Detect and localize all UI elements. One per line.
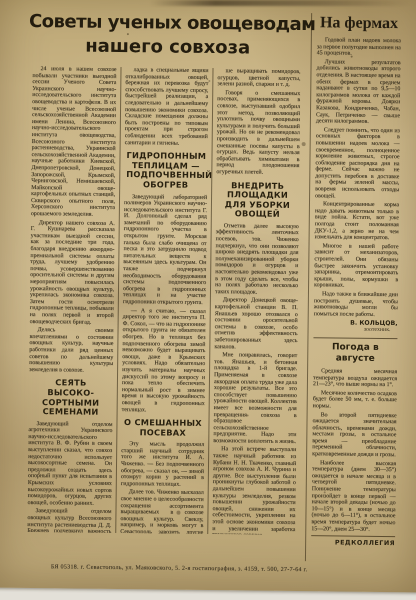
editorial-signature: РЕДКОЛЛЕГИЯ [311, 535, 395, 547]
paragraph: Далее тов. Чиженко высказал свое мнение … [120, 489, 204, 534]
paragraph: Средняя месячная температура воздуха ожи… [313, 368, 397, 389]
article-column-3: ше выращивать помидоров, огурцов, цветно… [207, 68, 304, 535]
paragraph: Эту мысль продолжил старший научный сотр… [121, 441, 205, 488]
paragraph: На этой встрече выступали также научный … [212, 447, 296, 536]
scan-edge-shadow [150, 0, 410, 6]
paragraph: 24 июля в нашем совхозе побывали участни… [31, 66, 117, 219]
paragraph: Мне понравилась, говорит тов. Янашьев, и… [213, 352, 297, 445]
article-columns: 24 июля в нашем совхозе побывали участни… [23, 66, 307, 535]
paragraph: Директор нашего совхоза А. Г. Кушнарева … [30, 220, 115, 326]
paragraph: Заведующий лабораторией полимеров Украин… [123, 194, 207, 307]
paragraph: Отметив далее высокую эффективность лент… [215, 223, 299, 296]
article-column-2: ладка в специальные ящики откалиброванны… [115, 67, 212, 534]
farms-title: На фермах [317, 13, 401, 33]
right-column: На фермах Годовой план надоев молока за … [305, 13, 401, 562]
paragraph: ладка в специальные ящики откалиброванны… [125, 67, 209, 147]
subhead-mixed-sowing: О СМЕШАННЫХ ПОСЕВАХ [123, 418, 202, 438]
paragraph: Месячное количество осадков будет более … [313, 390, 397, 411]
paragraph: Концентрированные корма надо давать живо… [315, 201, 399, 242]
main-headline-line2: нашего совхоза [29, 34, 307, 61]
paragraph: Следует помнить, что один из основных фа… [315, 127, 400, 200]
paragraph: Наиболее высокая температура (днем 30—35… [311, 460, 396, 533]
paragraph: Многое в нашей работе зависит от механиз… [314, 243, 399, 290]
signature-role: зоотехник. [314, 327, 398, 335]
newspaper-scan: Советы ученых овощеводам нашего совхоза … [0, 0, 416, 600]
paragraph: Годовой план надоев молока за первое пол… [317, 37, 401, 58]
weather-section: Погода в августе Средняя месячная темпер… [311, 337, 397, 533]
main-headline-line1: Советы ученых овощеводам [29, 10, 307, 37]
imprint-line: БЯ 05318. г. Севастополь, ул. Маяковског… [51, 564, 381, 575]
weather-title: Погода в августе [313, 342, 397, 365]
paragraph: — А я считаю, — сказал директор того же … [122, 308, 206, 414]
main-headline: Советы ученых овощеводам нашего совхоза [29, 10, 308, 61]
page-content: Советы ученых овощеводам нашего совхоза … [23, 10, 401, 562]
farms-section: На фермах Годовой план надоев молока за … [314, 13, 402, 334]
paragraph: ше выращивать помидоров, огурцов, цветно… [217, 68, 300, 89]
paragraph: Надо также в ближайшие дни построить душ… [314, 291, 398, 318]
paragraph: Директор Донецкой овоще-картофельной ста… [214, 297, 298, 351]
subhead-harvest-platforms: ВНЕДРИТЬ ПЛОЩАДКИ ДЛЯ УБОРКИ ОВОЩЕЙ [218, 181, 297, 220]
subhead-seeds: СЕЯТЬ ВЫСОКО-СОРТНЫМИ СЕМЕНАМИ [31, 378, 111, 417]
paragraph: Говоря о смешанных посевах, применяющихс… [216, 90, 300, 177]
article-column-1: 24 июля в нашем совхозе побывали участни… [23, 66, 120, 533]
subhead-hydroponics: ГИДРОПОННЫМ ТЕПЛИЦАМ — ПОДПОЧВЕННЫЙ ОБОГ… [126, 151, 205, 190]
paragraph: Делясь своими впечатлениями о состоянии … [29, 327, 114, 374]
paragraph: Заведующий отделом овощных культур Всесо… [27, 508, 112, 533]
paragraph: Лучших результатов добились животноводы … [316, 59, 401, 126]
paragraph: Во второй пятидневке ожидается значитель… [312, 412, 397, 459]
newspaper-page: Советы ученых овощеводам нашего совхоза … [0, 0, 416, 592]
paragraph: Заведующий отделом агротехники Украинско… [28, 421, 113, 508]
